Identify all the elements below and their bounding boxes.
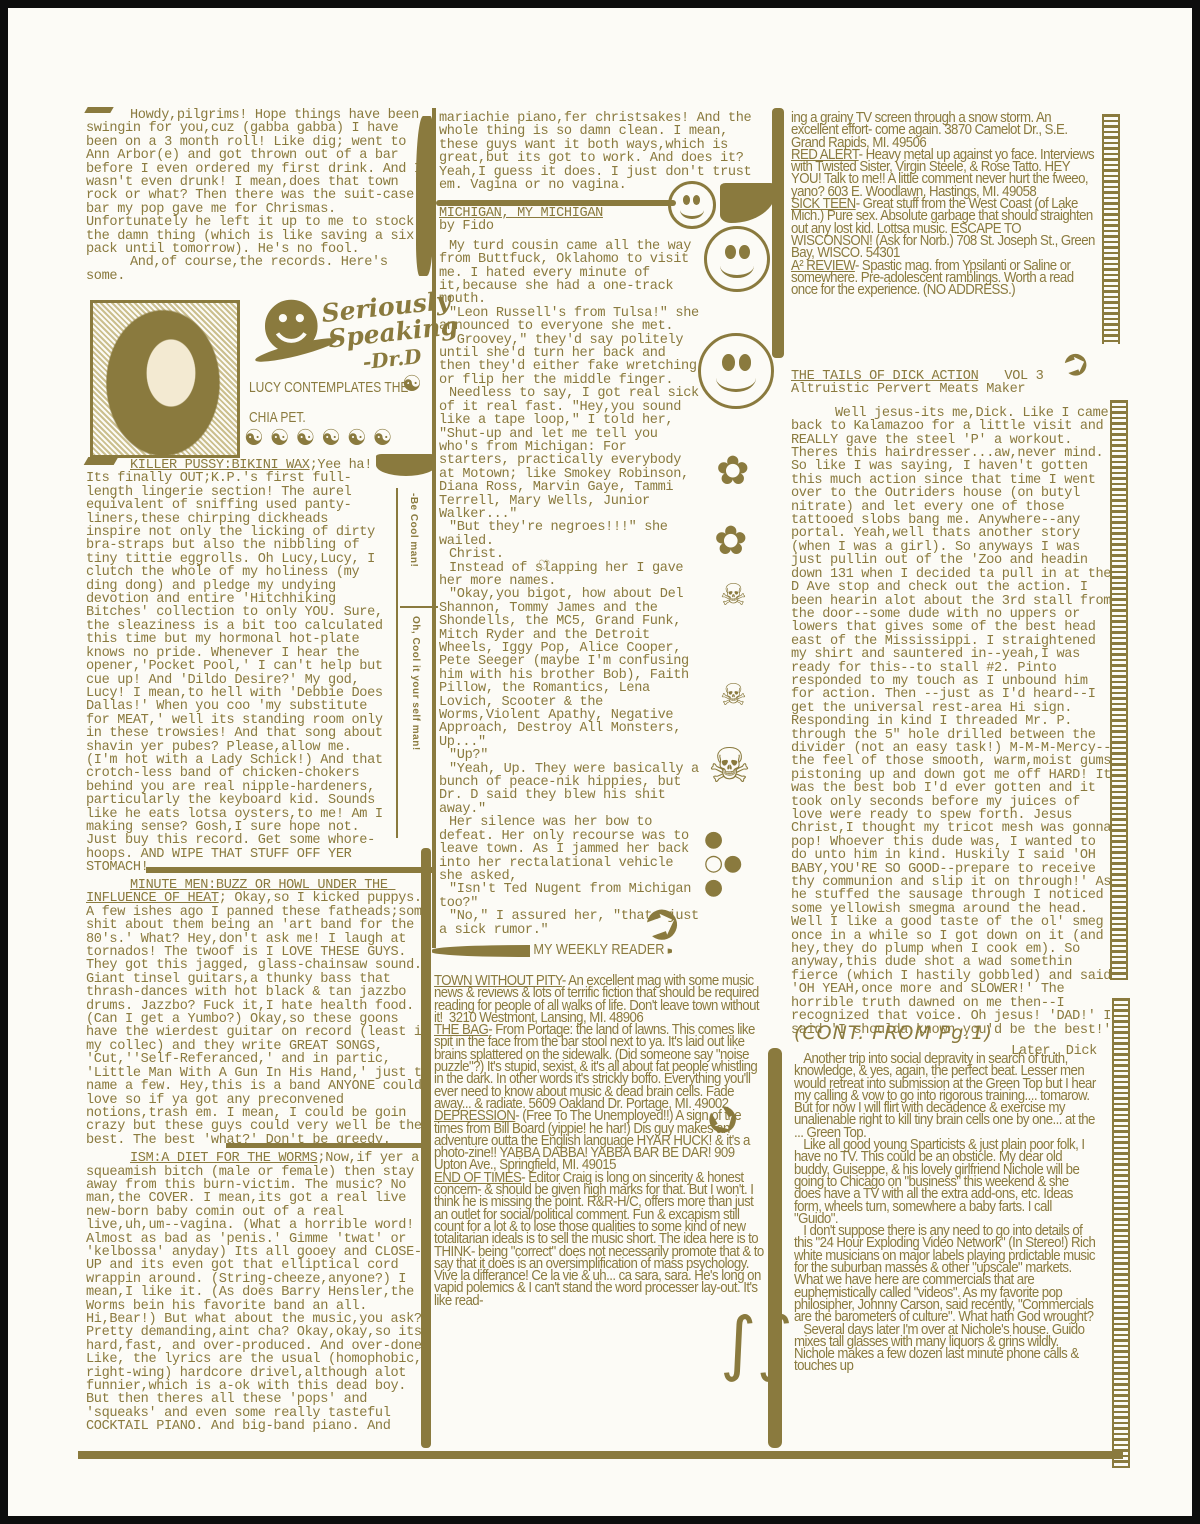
zine-review-red-alert: RED ALERT- Heavy metal up against yo fac… xyxy=(791,149,1100,198)
zine-review-end-of-times: END OF TIMES- Editor Craig is long on si… xyxy=(434,1172,765,1307)
story-body: Well jesus-its me,Dick. Like I came back… xyxy=(791,407,1117,1037)
vertical-note-cool-it: Oh, Cool it your self man! xyxy=(410,616,421,786)
dancing-figures-icon: ☯☯☯☯☯☯ xyxy=(244,426,398,451)
story-heading: THE TAILS OF DICK ACTIONVOL 3 xyxy=(791,370,1117,383)
column1-intro: Howdy,pilgrims! Hope things have been sw… xyxy=(86,109,434,283)
story-title: MICHIGAN, MY MICHIGAN xyxy=(439,207,701,220)
continued-article: Another trip into social depravity in se… xyxy=(794,1053,1098,1373)
story-paragraph: Christ. xyxy=(439,548,701,561)
skull-crossbones-icon: ☠ xyxy=(708,738,751,794)
smiley-face-icon xyxy=(698,333,774,409)
review-minute-men: MINUTE MEN:BUZZ OR HOWL UNDER THE INFLUE… xyxy=(86,879,431,1147)
review-body: ; Okay,so I kicked puppys. A few ishes a… xyxy=(86,891,437,1147)
column-divider-1 xyxy=(421,848,431,1448)
bottom-rule xyxy=(78,1451,1123,1459)
seaweed-icon: ∫∫ xyxy=(720,1308,793,1378)
review-body: ;Yee ha! Its finally OUT;K.P.'s first fu… xyxy=(86,458,391,875)
lucy-photo xyxy=(90,300,240,458)
vertical-note-be-cool: -Be Cool man! xyxy=(408,493,419,593)
zine-review-the-bag: THE BAG- From Portage: the land of lawns… xyxy=(434,1024,765,1110)
zine-review-a2-review: A² REVIEW- Spastic mag. from Ypsilanti o… xyxy=(791,260,1100,297)
decorative-border-strip xyxy=(1112,998,1130,1468)
zine-review-sick-teen: SICK TEEN- Great stuff from the West Coa… xyxy=(791,198,1100,259)
smiley-face-icon xyxy=(668,181,716,229)
story-paragraph: Needless to say, I got real sick of it r… xyxy=(439,387,701,521)
decorative-border-strip xyxy=(1102,114,1120,344)
story-paragraph: "Leon Russell's from Tulsa!" she announc… xyxy=(439,307,701,334)
zine-review-town-without-pity: TOWN WITHOUT PITY- An excellent mag with… xyxy=(434,975,765,1024)
review-ism: ISM:A DIET FOR THE WORMS;Now,if yer a sq… xyxy=(86,1152,431,1434)
skull-crossbones-icon: ☠ xyxy=(720,578,747,613)
photo-caption-line1: LUCY CONTEMPLATES THE xyxy=(249,379,408,396)
heart-icon: ♡ xyxy=(538,558,551,574)
bat-creature-icon: ✿ xyxy=(716,448,750,494)
divider-wave xyxy=(226,1143,426,1148)
review-continuation: mariachie piano,fer christsakes! And the… xyxy=(439,112,769,192)
corner-blob xyxy=(720,183,776,223)
story-paragraph: "Yeah, Up. They were basically a bunch o… xyxy=(439,763,701,817)
zine-text: ing a grainy TV screen through a snow st… xyxy=(791,110,1071,151)
intro-paragraph: Howdy,pilgrims! Hope things have been sw… xyxy=(86,109,434,256)
story-paragraph: "Okay,you bigot, how about Del Shannon, … xyxy=(439,588,701,749)
bat-creature-icon: ✿ xyxy=(714,518,748,564)
zine-page: Howdy,pilgrims! Hope things have been sw… xyxy=(8,8,1192,1516)
dick-action-story: THE TAILS OF DICK ACTIONVOL 3 Altruistic… xyxy=(791,370,1117,1058)
story-paragraph: "Groovey," they'd say politely until she… xyxy=(439,334,701,388)
weekly-reader-continued: ing a grainy TV screen through a snow st… xyxy=(791,112,1100,296)
michigan-story: MICHIGAN, MY MICHIGAN by Fido My turd co… xyxy=(439,207,701,937)
story-paragraph: Instead of slapping her I gave her more … xyxy=(439,562,701,589)
intro-records-line: And,of course,the records. Here's some. xyxy=(86,256,434,283)
zine-review-continuation: ing a grainy TV screen through a snow st… xyxy=(791,112,1100,149)
column-divider-left-2 xyxy=(432,108,436,948)
weekly-reader-title: MY WEEKLY READER xyxy=(530,941,668,958)
zine-review-depression: DEPRESSION- (Free To The Unemployed!!) A… xyxy=(434,1110,765,1171)
review-body: ;Now,if yer a squeamish bitch (male or f… xyxy=(86,1151,437,1434)
photo-caption-line2: CHIA PET. xyxy=(249,409,306,426)
column2-continuation: mariachie piano,fer christsakes! And the… xyxy=(439,112,769,192)
review-killer-pussy: KILLER PUSSY:BIKINI WAX;Yee ha! Its fina… xyxy=(86,459,386,875)
dancing-figure-icon: ☯ xyxy=(402,372,422,397)
continued-paragraph: Like all good young Sparticists & just p… xyxy=(794,1139,1098,1225)
story-subtitle: Altruistic Pervert Meats Maker xyxy=(791,383,1117,396)
story-paragraph: "Up?" xyxy=(439,749,701,762)
continued-paragraph: I don't suppose there is any need to go … xyxy=(794,1225,1098,1323)
continued-label: (CONT. FROM Pg.1) xyxy=(794,1022,993,1044)
story-paragraph: "But they're negroes!!!" she wailed. xyxy=(439,521,701,548)
column-divider-3-lower xyxy=(768,1048,782,1448)
decorative-border-strip xyxy=(1110,400,1128,980)
bubbles-icon: ●○●● xyxy=(704,828,742,900)
continued-paragraph: Several days later I'm over at Nichole's… xyxy=(794,1324,1098,1373)
continued-paragraph: Another trip into social depravity in se… xyxy=(794,1053,1098,1139)
vertical-strip-border xyxy=(396,488,398,838)
story-paragraph: My turd cousin came all the way from But… xyxy=(439,240,701,307)
smiley-face-icon xyxy=(704,226,770,292)
story-byline: by Fido xyxy=(439,220,701,233)
column1-reviews-lower: MINUTE MEN:BUZZ OR HOWL UNDER THE INFLUE… xyxy=(86,873,431,1434)
column1-reviews-upper: KILLER PUSSY:BIKINI WAX;Yee ha! Its fina… xyxy=(86,459,386,875)
story-paragraph: Her silence was her bow to defeat. Her o… xyxy=(439,816,701,883)
divider-wave xyxy=(146,867,436,873)
skull-crossbones-icon: ☠ xyxy=(720,678,747,713)
column-divider-3 xyxy=(772,108,784,358)
zine-text: - From Portage: the land of lawns. This … xyxy=(434,1022,760,1112)
weekly-reader-entries: TOWN WITHOUT PITY- An excellent mag with… xyxy=(434,975,765,1307)
zine-text: - Editor Craig is long on sincerity & ho… xyxy=(434,1170,767,1309)
